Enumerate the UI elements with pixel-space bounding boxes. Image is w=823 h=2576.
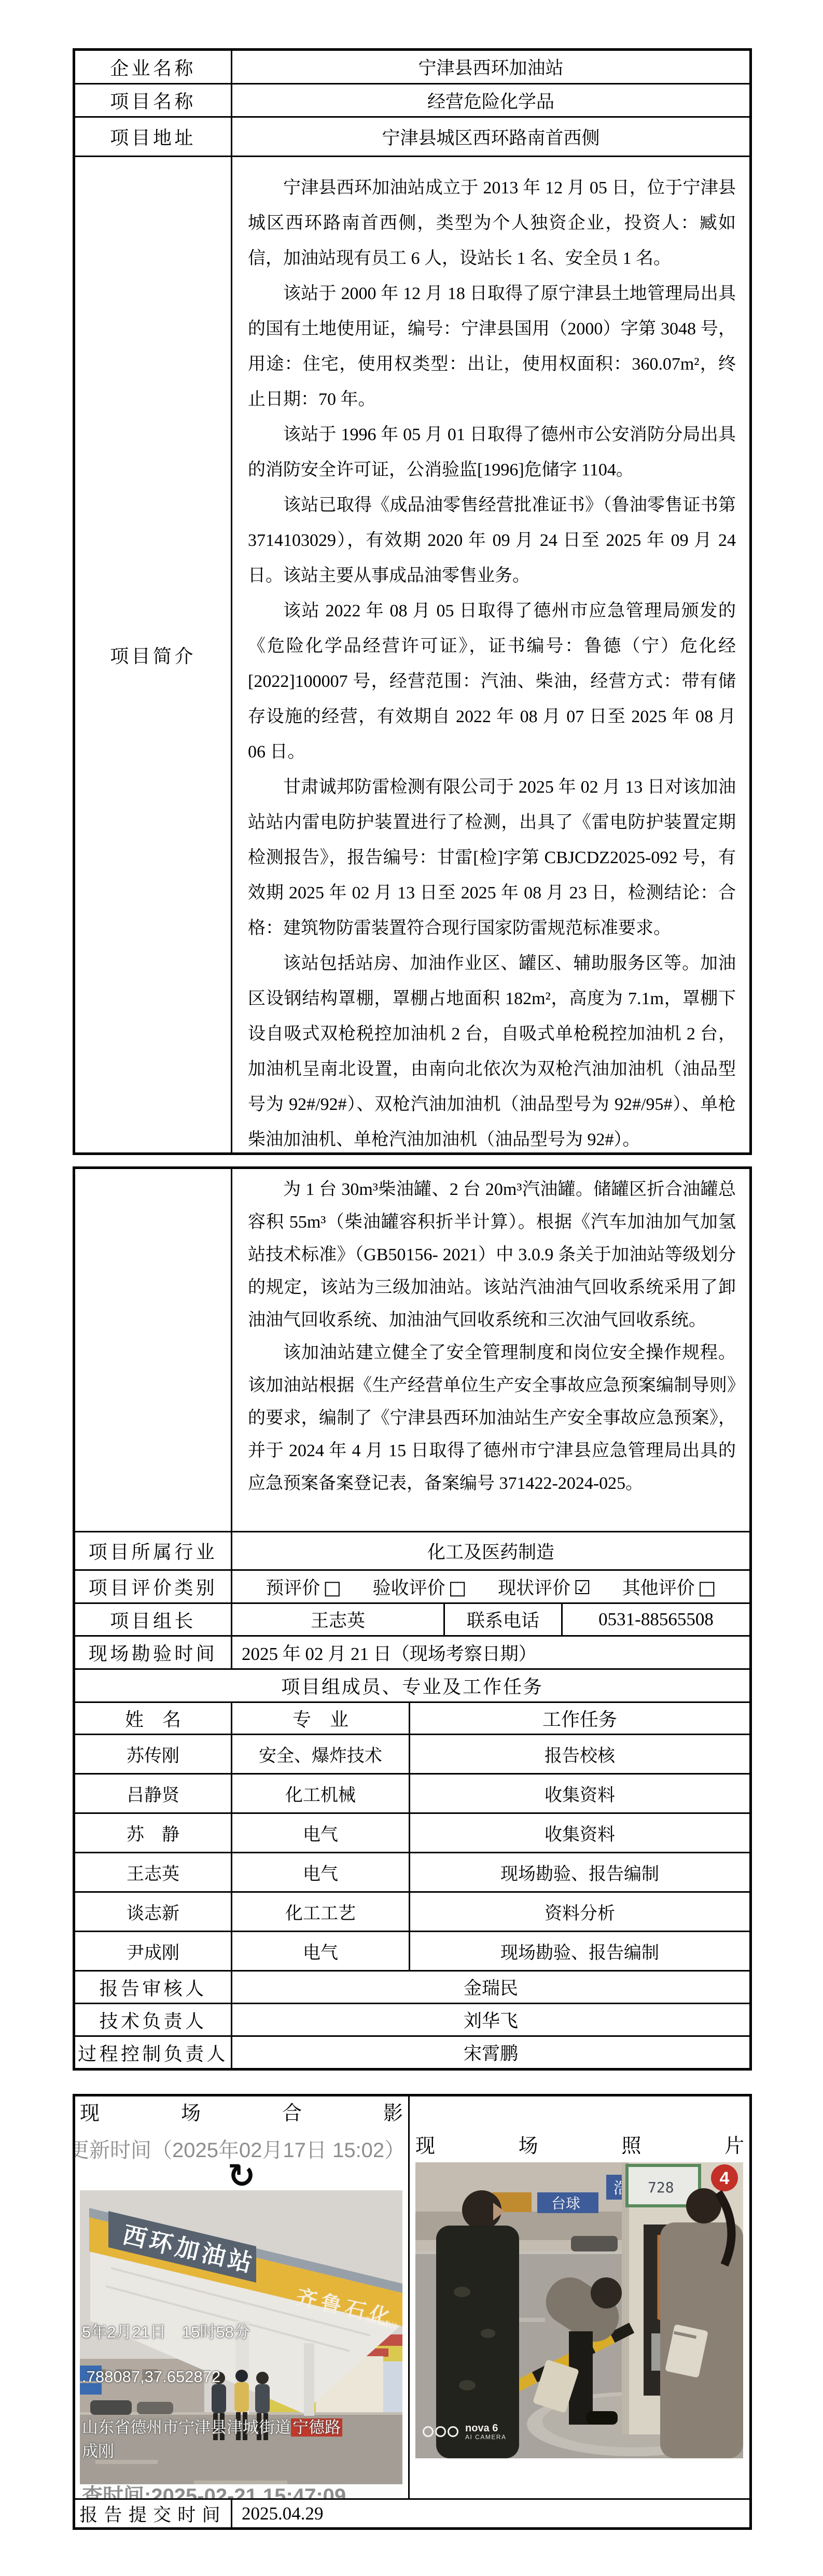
project-brief-text-page2: 为 1 台 30m³柴油罐、2 台 20m³汽油罐。储罐区折合油罐总容积 55m… [232, 1169, 749, 1531]
watermark-coordinates: .788087,37.652872 [82, 2368, 220, 2386]
evaluation-category-row: 项目评价类别 预评价□ 验收评价□ 现状评价☑ 其他评价□ [75, 1569, 749, 1602]
group-photo-title: 现 场 合 影 [80, 2103, 403, 2125]
page1-table: 企业名称 宁津县西环加油站 项目名称 经营危险化学品 项目地址 宁津县城区西环路… [73, 48, 752, 1155]
table-row: 王志英 电气 现场勘验、报告编制 [75, 1852, 749, 1891]
group-photo-cell: 现 场 合 影 更新时间（2025年02月17日 15:02） ↻ [75, 2096, 410, 2498]
process-lead-label: 过程控制负责人 [75, 2037, 232, 2068]
submit-time-value: 2025.04.29 [232, 2500, 749, 2527]
photos-table: 现 场 合 影 更新时间（2025年02月17日 15:02） ↻ [73, 2094, 752, 2530]
category-option-name: 其他评价 [622, 1578, 695, 1598]
brief-paragraph: 该站已取得《成品油零售经营批准证书》（鲁油零售证书第 3714103029），有… [248, 488, 736, 594]
project-address-row: 项目地址 宁津县城区西环路南首西侧 [75, 116, 749, 156]
member-task: 收集资料 [410, 1775, 749, 1812]
col-header-major: 专 业 [232, 1703, 410, 1734]
photos-row: 现 场 合 影 更新时间（2025年02月17日 15:02） ↻ [75, 2096, 749, 2498]
phone-label: 联系电话 [445, 1604, 563, 1635]
site-photo-title: 现 场 照 片 [415, 2135, 744, 2158]
category-option: 验收评价□ [373, 1574, 467, 1600]
project-brief-text-page1: 宁津县西环加油站成立于 2013 年 12 月 05 日，位于宁津县城区西环路南… [232, 157, 749, 1152]
survey-time-value: 2025 年 02 月 21 日（现场考察日期） [232, 1637, 749, 1668]
table-row: 苏传刚 安全、爆炸技术 报告校核 [75, 1734, 749, 1773]
industry-value: 化工及医药制造 [232, 1532, 749, 1569]
industry-label: 项目所属行业 [75, 1532, 232, 1569]
submit-time-row: 报告提交时间 2025.04.29 [75, 2498, 749, 2527]
leader-label: 项目组长 [75, 1604, 232, 1635]
project-brief-continuation-row: 为 1 台 30m³柴油罐、2 台 20m³汽油罐。储罐区折合油罐总容积 55m… [75, 1169, 749, 1531]
brief-paragraph: 宁津县西环加油站成立于 2013 年 12 月 05 日，位于宁津县城区西环路南… [248, 171, 736, 276]
brief-paragraph: 该站于 2000 年 12 月 18 日取得了原宁津县土地管理局出具的国有土地使… [248, 276, 736, 417]
project-name-value: 经营危险化学品 [232, 85, 749, 116]
gas-station-photo-graphic: 西环加油站 齐鲁石化 西环加油站 [80, 2190, 402, 2498]
brief-paragraph: 该加油站建立健全了安全管理制度和岗位安全操作规程。该加油站根据《生产经营单位生产… [248, 1336, 736, 1500]
phone-value: 0531-88565508 [563, 1604, 749, 1635]
empty-label-cell [75, 1169, 232, 1531]
table-row: 谈志新 化工工艺 资料分析 [75, 1891, 749, 1931]
leader-name: 王志英 [232, 1604, 445, 1635]
member-major: 电气 [232, 1932, 410, 1970]
member-major: 电气 [232, 1853, 410, 1891]
huawei-rings-icon [423, 2426, 460, 2437]
col-header-task: 工作任务 [410, 1703, 749, 1734]
pump-inspection-photo-graphic: 台球 浩洋家电城 728 [415, 2162, 743, 2458]
member-name: 苏传刚 [75, 1735, 232, 1773]
leader-row: 项目组长 王志英 联系电话 0531-88565508 [75, 1602, 749, 1635]
category-option: 现状评价☑ [498, 1574, 591, 1600]
category-option: 其他评价□ [622, 1574, 716, 1600]
member-name: 尹成刚 [75, 1932, 232, 1970]
project-name-row: 项目名称 经营危险化学品 [75, 83, 749, 116]
group-photo: 西环加油站 齐鲁石化 西环加油站 5年2 [80, 2190, 402, 2498]
process-lead-row: 过程控制负责人 宋霄鹏 [75, 2035, 749, 2068]
watermark-address-highlight: 宁德路 [291, 2418, 342, 2437]
shop-sign2-text: 台球 [551, 2195, 580, 2212]
brief-paragraph: 甘肃诚邦防雷检测有限公司于 2025 年 02 月 13 日对该加油站站内雷电防… [248, 770, 736, 946]
evaluation-category-options: 预评价□ 验收评价□ 现状评价☑ 其他评价□ [232, 1571, 749, 1602]
table-row: 尹成刚 电气 现场勘验、报告编制 [75, 1931, 749, 1970]
brief-paragraph: 该站 2022 年 08 月 05 日取得了德州市应急管理局颁发的《危险化学品经… [248, 594, 736, 770]
reviewer-row: 报告审核人 金瑞民 [75, 1970, 749, 2003]
company-label: 企业名称 [75, 51, 232, 83]
table-row: 苏 静 电气 收集资料 [75, 1812, 749, 1852]
category-option: 预评价□ [266, 1574, 341, 1600]
watermark-name: 成刚 [82, 2438, 114, 2461]
member-major: 安全、爆炸技术 [232, 1735, 410, 1773]
photo-caption-time: 查时间:2025-02-21 15:47:09 [80, 2484, 402, 2498]
checkbox-icon: □ [323, 1576, 341, 1599]
member-name: 谈志新 [75, 1893, 232, 1931]
tech-lead-label: 技术负责人 [75, 2004, 232, 2035]
evaluation-category-label: 项目评价类别 [75, 1571, 232, 1602]
watermark-address-text: 山东省德州市宁津县津城街道 [82, 2418, 291, 2437]
member-task: 现场勘验、报告编制 [410, 1853, 749, 1891]
team-columns-row: 姓 名 专 业 工作任务 [75, 1701, 749, 1734]
member-task: 收集资料 [410, 1814, 749, 1852]
watermark-address: 山东省德州市宁津县津城街道宁德路 [82, 2414, 342, 2438]
table-row: 吕静贤 化工机械 收集资料 [75, 1773, 749, 1812]
tech-lead-value: 刘华飞 [232, 2004, 749, 2035]
checkbox-icon: ☑ [574, 1576, 591, 1599]
site-photo: 台球 浩洋家电城 728 [415, 2162, 743, 2458]
col-header-name: 姓 名 [75, 1703, 232, 1734]
survey-time-row: 现场勘验时间 2025 年 02 月 21 日（现场考察日期） [75, 1635, 749, 1668]
member-major: 化工工艺 [232, 1893, 410, 1931]
camera-watermark-line1: nova 6 [465, 2423, 507, 2434]
company-value: 宁津县西环加油站 [232, 51, 749, 83]
project-address-value: 宁津县城区西环路南首西侧 [232, 118, 749, 156]
pump-display-text: 728 [648, 2179, 674, 2196]
reviewer-value: 金瑞民 [232, 1972, 749, 2003]
checkbox-icon: □ [698, 1576, 716, 1599]
project-brief-row: 项目简介 宁津县西环加油站成立于 2013 年 12 月 05 日，位于宁津县城… [75, 156, 749, 1152]
team-header: 项目组成员、专业及工作任务 [75, 1670, 749, 1701]
member-major: 化工机械 [232, 1775, 410, 1812]
category-option-name: 预评价 [266, 1578, 320, 1598]
camera-watermark: nova 6AI CAMERA [423, 2423, 507, 2441]
member-name: 苏 静 [75, 1814, 232, 1852]
brief-paragraph: 为 1 台 30m³柴油罐、2 台 20m³汽油罐。储罐区折合油罐总容积 55m… [248, 1173, 736, 1336]
refresh-icon: ↻ [80, 2163, 403, 2189]
pump-number-badge: 4 [720, 2169, 730, 2188]
checkbox-icon: □ [449, 1576, 467, 1599]
category-option-name: 验收评价 [373, 1578, 445, 1598]
member-task: 资料分析 [410, 1893, 749, 1931]
survey-time-label: 现场勘验时间 [75, 1637, 232, 1668]
submit-time-label: 报告提交时间 [75, 2500, 232, 2527]
member-name: 王志英 [75, 1853, 232, 1891]
reviewer-label: 报告审核人 [75, 1972, 232, 2003]
process-lead-value: 宋霄鹏 [232, 2037, 749, 2068]
camera-watermark-line2: AI CAMERA [465, 2434, 507, 2441]
tech-lead-row: 技术负责人 刘华飞 [75, 2003, 749, 2035]
company-row: 企业名称 宁津县西环加油站 [75, 51, 749, 83]
project-address-label: 项目地址 [75, 118, 232, 156]
watermark-datetime: 5年2月21日 15时58分 [82, 2319, 250, 2342]
member-name: 吕静贤 [75, 1775, 232, 1812]
project-name-label: 项目名称 [75, 85, 232, 116]
team-header-row: 项目组成员、专业及工作任务 [75, 1668, 749, 1701]
member-task: 现场勘验、报告编制 [410, 1932, 749, 1970]
site-photo-cell: 现 场 照 片 台球 浩洋家电城 [410, 2096, 749, 2498]
member-task: 报告校核 [410, 1735, 749, 1773]
brief-paragraph: 该站包括站房、加油作业区、罐区、辅助服务区等。加油区设钢结构罩棚，罩棚占地面积 … [248, 946, 736, 1152]
brief-paragraph: 该站于 1996 年 05 月 01 日取得了德州市公安消防分局出具的消防安全许… [248, 417, 736, 488]
page2-table: 为 1 台 30m³柴油罐、2 台 20m³汽油罐。储罐区折合油罐总容积 55m… [73, 1166, 752, 2071]
project-brief-label: 项目简介 [75, 157, 232, 1152]
category-option-name: 现状评价 [498, 1578, 570, 1598]
member-major: 电气 [232, 1814, 410, 1852]
industry-row: 项目所属行业 化工及医药制造 [75, 1531, 749, 1569]
